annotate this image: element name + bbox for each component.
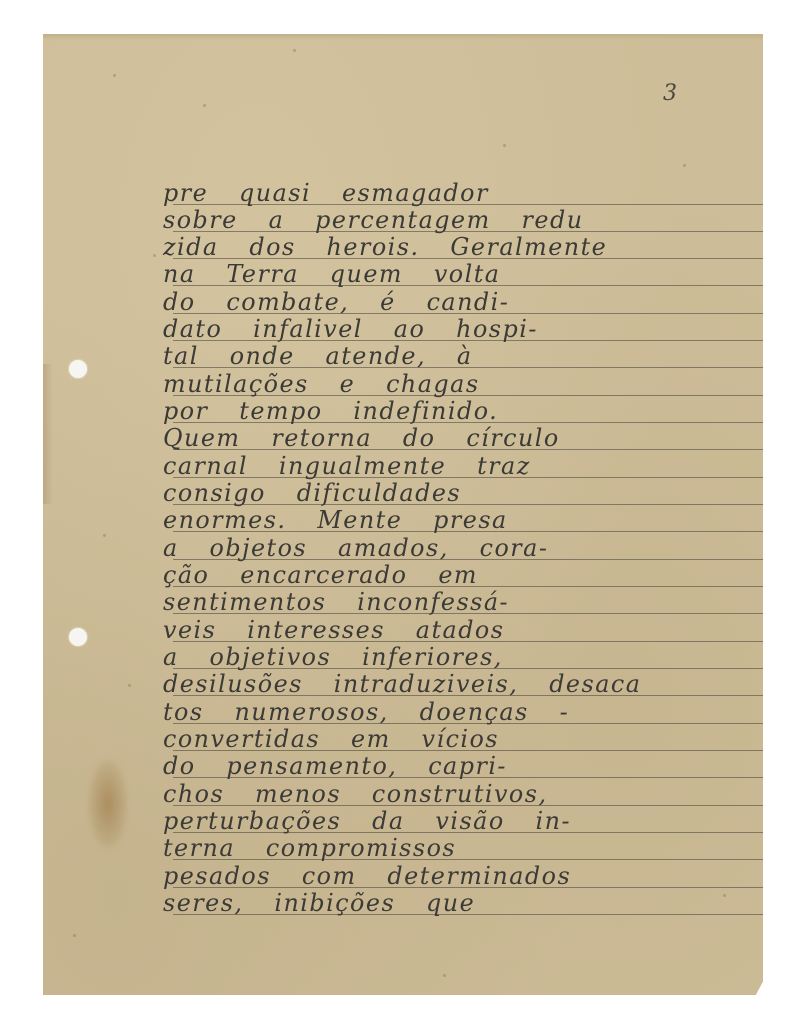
text-line: pesados com determinados bbox=[163, 863, 748, 890]
text-line: do pensamento, capri- bbox=[163, 753, 748, 780]
text-line: perturbações da visão in- bbox=[163, 808, 748, 835]
text-line: mutilações e chagas bbox=[163, 371, 748, 398]
text-line: tos numerosos, doenças - bbox=[163, 699, 748, 726]
text-line: terna compromissos bbox=[163, 835, 748, 862]
text-line: tal onde atende, à bbox=[163, 343, 748, 370]
text-line: ção encarcerado em bbox=[163, 562, 748, 589]
manuscript-page: 3 pre quasi esmagador sobre a percentage… bbox=[43, 34, 763, 995]
text-line: pre quasi esmagador bbox=[163, 180, 748, 207]
text-line: por tempo indefinido. bbox=[163, 398, 748, 425]
text-line: sentimentos inconfessá- bbox=[163, 589, 748, 616]
text-line: veis interesses atados bbox=[163, 617, 748, 644]
text-line: zida dos herois. Geralmente bbox=[163, 234, 748, 261]
text-line: sobre a percentagem redu bbox=[163, 207, 748, 234]
text-line: desilusões intraduziveis, desaca bbox=[163, 671, 748, 698]
text-line: enormes. Mente presa bbox=[163, 507, 748, 534]
text-line: convertidas em vícios bbox=[163, 726, 748, 753]
text-line: dato infalivel ao hospi- bbox=[163, 316, 748, 343]
text-line: a objetos amados, cora- bbox=[163, 535, 748, 562]
text-line: a objetivos inferiores, bbox=[163, 644, 748, 671]
text-line: seres, inibições que bbox=[163, 890, 748, 917]
text-line: na Terra quem volta bbox=[163, 261, 748, 288]
text-line: chos menos construtivos, bbox=[163, 781, 748, 808]
text-line: carnal ingualmente traz bbox=[163, 453, 748, 480]
text-line: do combate, é candi- bbox=[163, 289, 748, 316]
text-line: Quem retorna do círculo bbox=[163, 425, 748, 452]
text-line: consigo dificuldades bbox=[163, 480, 748, 507]
